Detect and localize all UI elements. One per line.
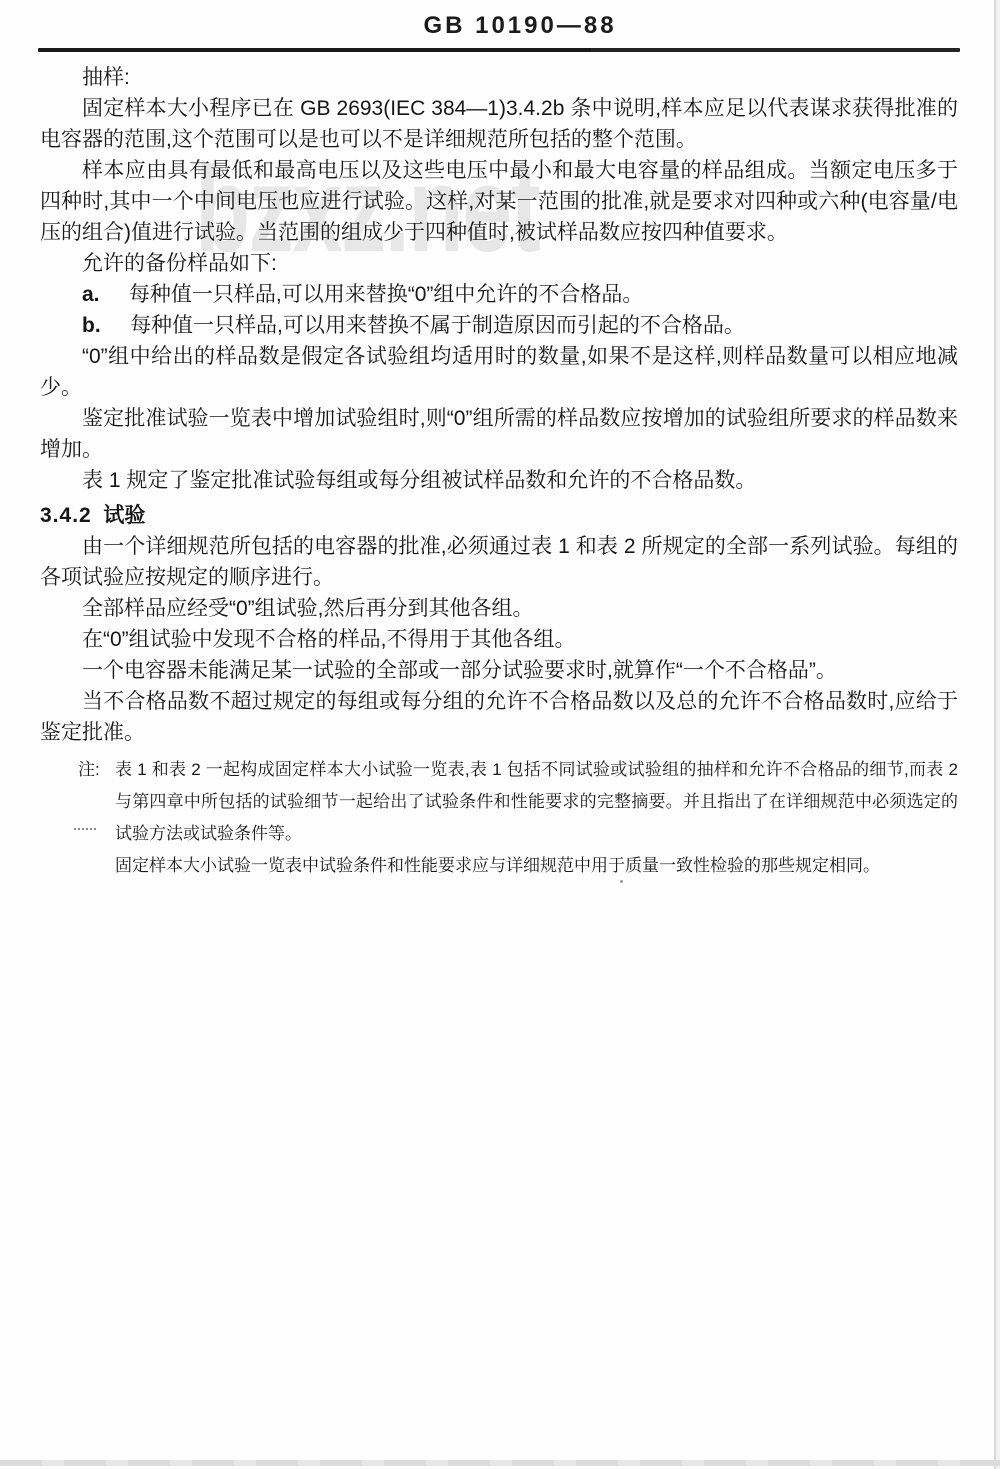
scanned-document-page: GB 10190—88 bzxz.net 抽样:固定样本大小程序已在 GB 26… bbox=[0, 0, 1000, 1469]
scan-artifact-bottom-bar bbox=[0, 1460, 1000, 1466]
note-paragraph: 注:表 1 和表 2 一起构成固定样本大小试验一览表,表 1 包括不同试验或试验… bbox=[78, 754, 958, 850]
paragraph: 全部样品应经受“0”组试验,然后再分到其他各组。 bbox=[40, 593, 958, 624]
paragraph: 固定样本大小程序已在 GB 2693(IEC 384—1)3.4.2b 条中说明… bbox=[40, 93, 958, 155]
note-text: 表 1 和表 2 一起构成固定样本大小试验一览表,表 1 包括不同试验或试验组的… bbox=[115, 760, 958, 843]
clause-title: 试验 bbox=[103, 504, 145, 527]
scan-artifact-dot bbox=[620, 880, 623, 883]
note-text: 固定样本大小试验一览表中试验条件和性能要求应与详细规范中用于质量一致性检验的那些… bbox=[115, 856, 880, 875]
list-item: a.每种值一只样品,可以用来替换“0”组中允许的不合格品。 bbox=[40, 279, 958, 310]
paragraph: 表 1 规定了鉴定批准试验每组或每分组被试样品数和允许的不合格品数。 bbox=[40, 465, 958, 496]
paragraph: 抽样: bbox=[40, 62, 958, 93]
scan-artifact-right-line bbox=[994, 0, 996, 1469]
paragraph: 样本应由具有最低和最高电压以及这些电压中最小和最大电容量的样品组成。当额定电压多… bbox=[40, 155, 958, 248]
paragraph: 当不合格品数不超过规定的每组或每分组的允许不合格品数以及总的允许不合格品数时,应… bbox=[40, 686, 958, 748]
paragraph: 在“0”组试验中发现不合格的样品,不得用于其他各组。 bbox=[40, 624, 958, 655]
clause-number: 3.4.2 bbox=[40, 504, 92, 527]
list-item-marker: b. bbox=[82, 314, 130, 337]
standard-number: GB 10190—88 bbox=[0, 12, 1000, 40]
document-body: 抽样:固定样本大小程序已在 GB 2693(IEC 384—1)3.4.2b 条… bbox=[40, 62, 958, 882]
header-rule bbox=[38, 48, 960, 52]
scan-artifact-right-strip bbox=[996, 0, 1000, 1469]
list-item-text: 每种值一只样品,可以用来替换不属于制造原因而引起的不合格品。 bbox=[130, 314, 745, 337]
paragraph: 一个电容器未能满足某一试验的全部或一部分试验要求时,就算作“一个不合格品”。 bbox=[40, 655, 958, 686]
paragraph: 允许的备份样品如下: bbox=[40, 248, 958, 279]
paragraph: “0”组中给出的样品数是假定各试验组均适用时的数量,如果不是这样,则样品数量可以… bbox=[40, 341, 958, 403]
list-item-marker: a. bbox=[82, 283, 129, 306]
note-paragraph: 固定样本大小试验一览表中试验条件和性能要求应与详细规范中用于质量一致性检验的那些… bbox=[78, 850, 958, 882]
list-item-text: 每种值一只样品,可以用来替换“0”组中允许的不合格品。 bbox=[129, 283, 644, 306]
note-label: 注: bbox=[78, 754, 100, 786]
paragraph: 鉴定批准试验一览表中增加试验组时,则“0”组所需的样品数应按增加的试验组所要求的… bbox=[40, 403, 958, 465]
note-block: 注:表 1 和表 2 一起构成固定样本大小试验一览表,表 1 包括不同试验或试验… bbox=[78, 754, 958, 882]
paragraph: 由一个详细规范所包括的电容器的批准,必须通过表 1 和表 2 所规定的全部一系列… bbox=[40, 531, 958, 593]
list-item: b.每种值一只样品,可以用来替换不属于制造原因而引起的不合格品。 bbox=[40, 310, 958, 341]
scan-artifact-margin-mark bbox=[74, 828, 96, 830]
clause-heading: 3.4.2 试验 bbox=[40, 500, 958, 531]
